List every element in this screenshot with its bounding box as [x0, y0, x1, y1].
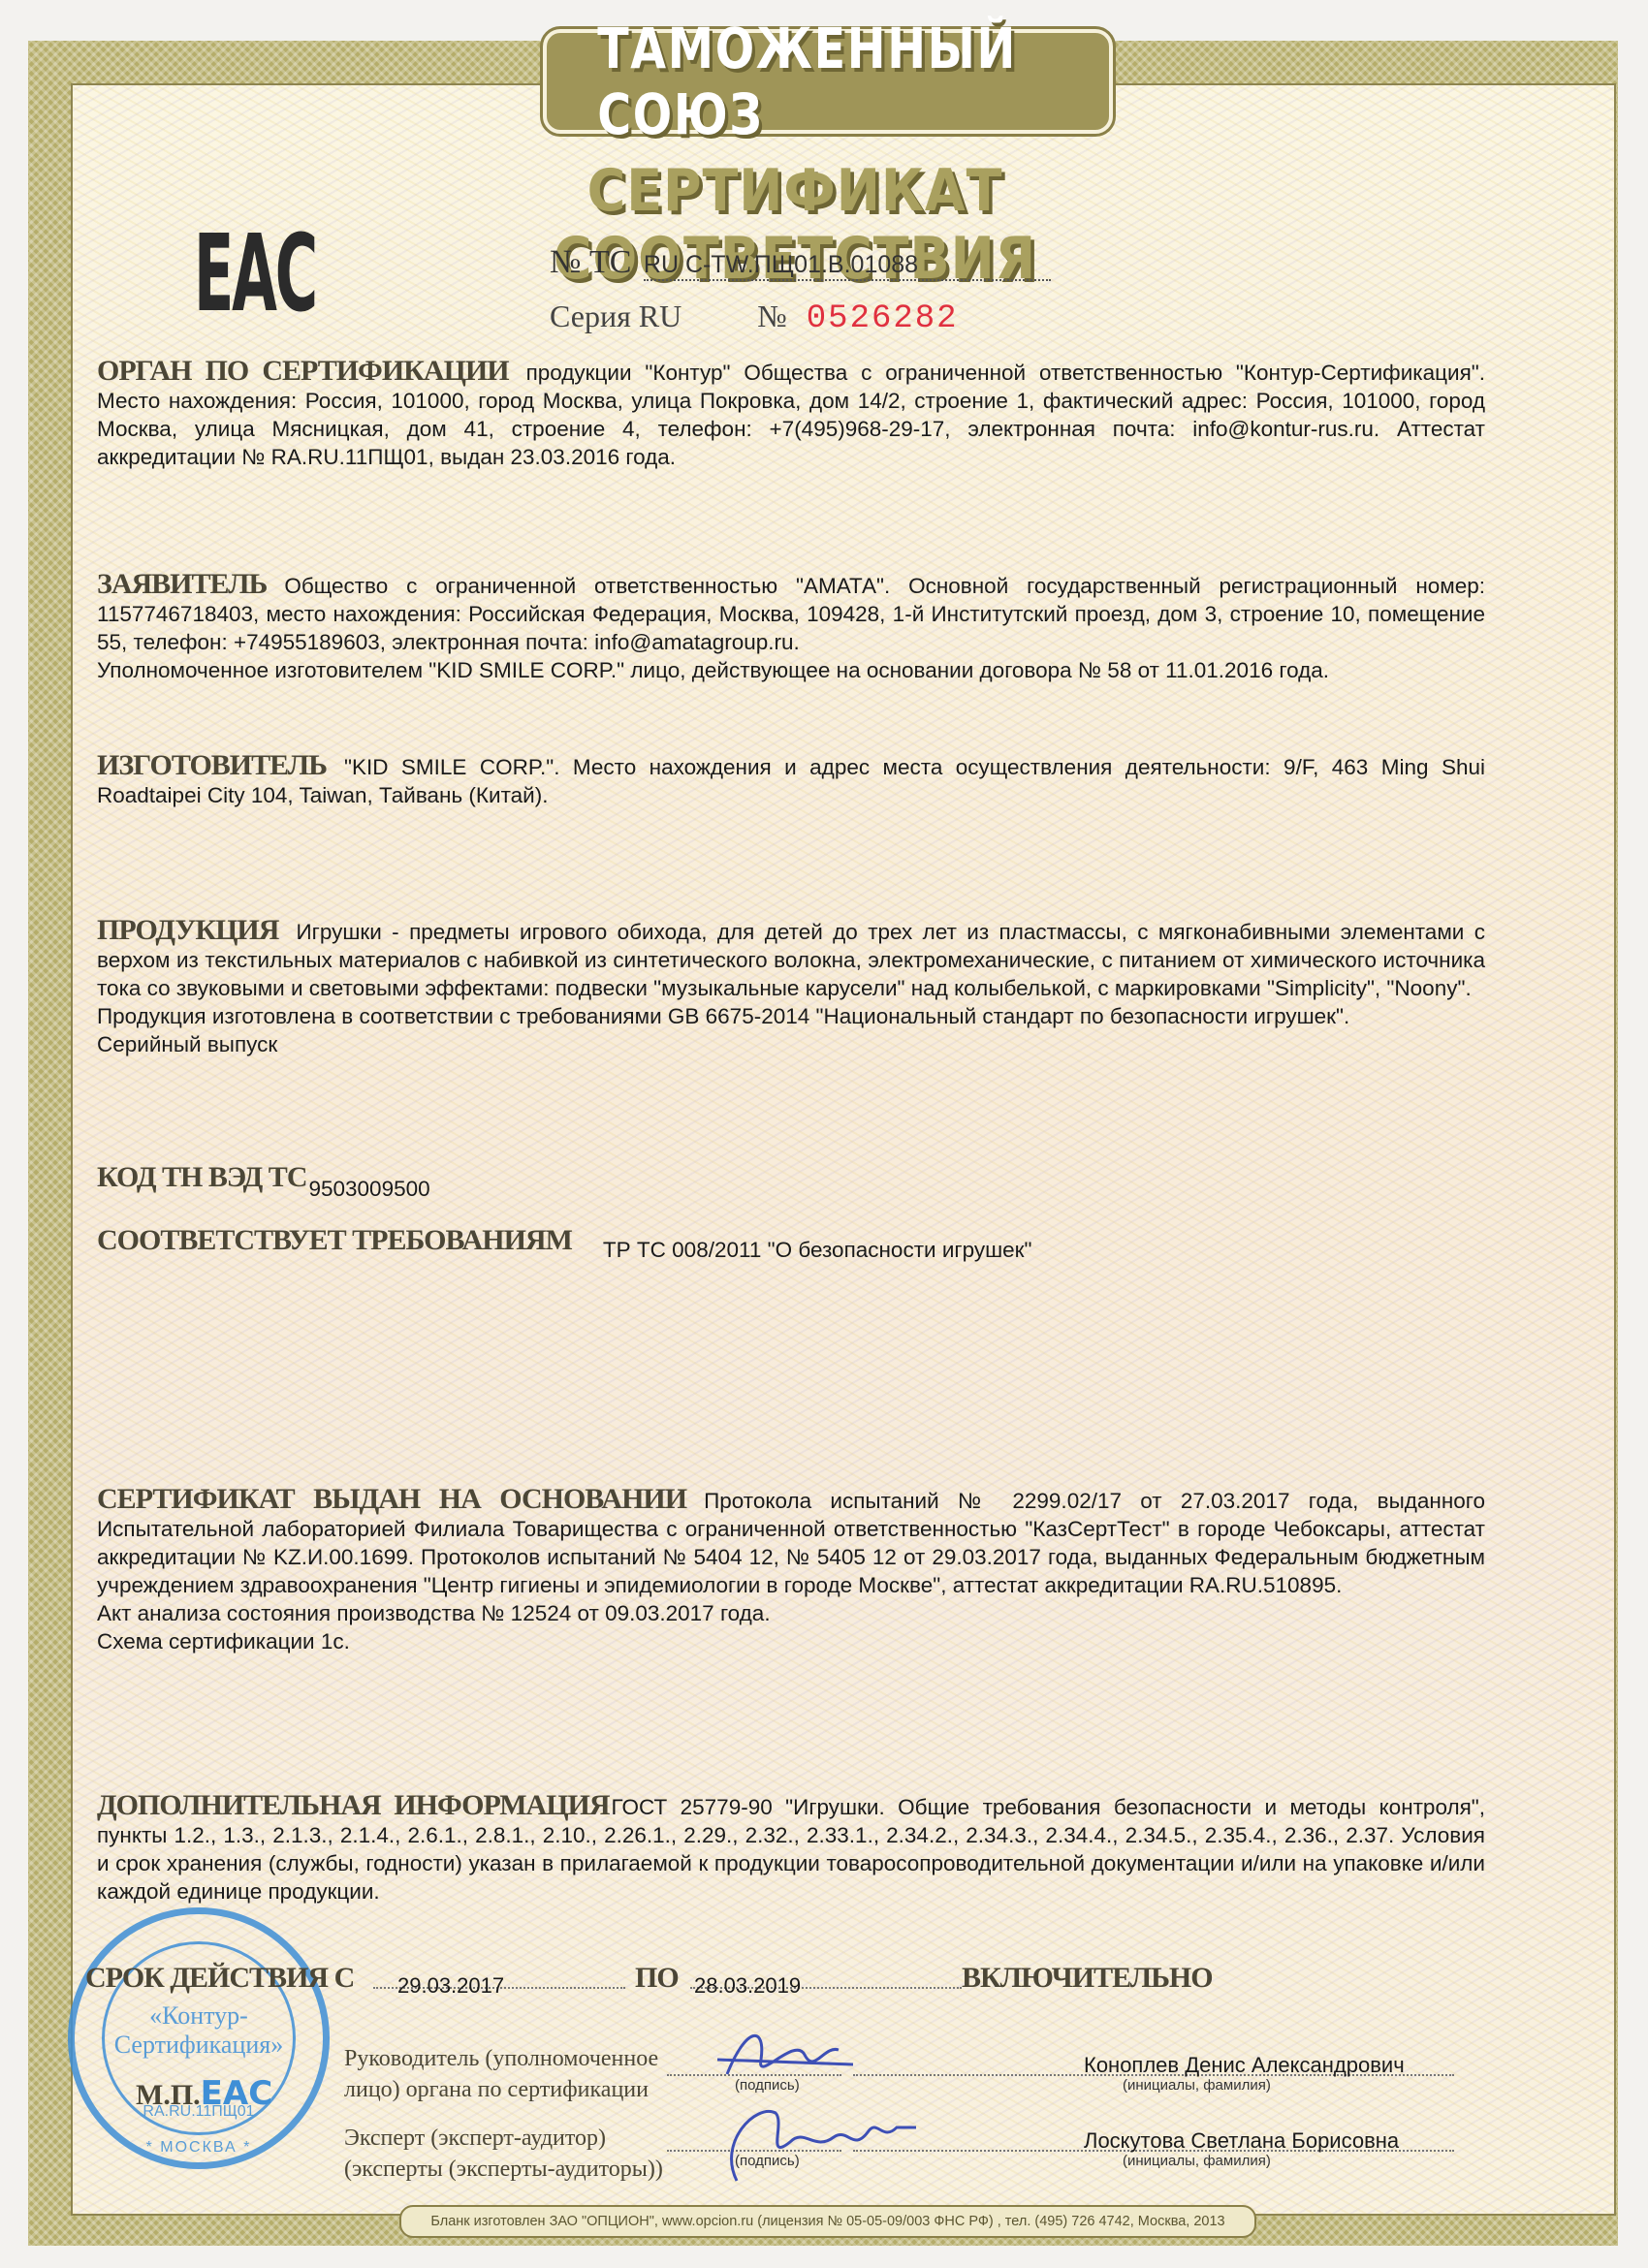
customs-union-title: ТАМОЖЕННЫЙ СОЮЗ: [597, 16, 1059, 147]
seal-place: М.П.ЕАС: [136, 2074, 272, 2113]
name-caption: (инициалы, фамилия): [1123, 2153, 1271, 2169]
section-label: ПРОДУКЦИЯ: [97, 914, 278, 946]
head-name: Коноплев Денис Александрович: [1084, 2053, 1405, 2078]
validity-from-date: 29.03.2017: [397, 1973, 504, 1999]
name-caption: (инициалы, фамилия): [1123, 2077, 1271, 2094]
section-text-2: Акт анализа состояния производства № 125…: [97, 1599, 1485, 1627]
section-text-2: Продукция изготовлена в соответствии с т…: [97, 1002, 1485, 1030]
series-value: RU: [639, 299, 681, 333]
serial-prefix: №: [757, 299, 787, 333]
section-additional: ДОПОЛНИТЕЛЬНАЯ ИНФОРМАЦИЯГОСТ 25779-90 "…: [97, 1791, 1485, 1906]
certificate-number: № ТС RU C-TW.ПЩ01.В.01088: [550, 244, 1051, 281]
section-certification-body: ОРГАН ПО СЕРТИФИКАЦИИпродукции "Контур" …: [97, 357, 1485, 471]
section-label: ИЗГОТОВИТЕЛЬ: [97, 749, 327, 781]
expert-label: Эксперт (эксперт-аудитор) (эксперты (экс…: [344, 2123, 663, 2185]
section-manufacturer: ИЗГОТОВИТЕЛЬ"KID SMILE CORP.". Место нах…: [97, 751, 1485, 809]
section-complies: СООТВЕТСТВУЕТ ТРЕБОВАНИЯМТР ТС 008/2011 …: [97, 1226, 1485, 1256]
expert-name: Лоскутова Светлана Борисовна: [1084, 2128, 1399, 2154]
section-label: ОРГАН ПО СЕРТИФИКАЦИИ: [97, 355, 509, 387]
stamp-center-text: «Контур- Сертификация»: [75, 2001, 323, 2060]
section-applicant: ЗАЯВИТЕЛЬОбщество с ограниченной ответст…: [97, 570, 1485, 684]
section-label: КОД ТН ВЭД ТС: [97, 1161, 306, 1193]
section-text-3: Серийный выпуск: [97, 1030, 1485, 1058]
section-product: ПРОДУКЦИЯИгрушки - предметы игрового оби…: [97, 916, 1485, 1058]
number-label: № ТС: [550, 244, 631, 280]
eac-logo-icon: ЕАС: [194, 211, 316, 335]
head-label: Руководитель (уполномоченное лицо) орган…: [344, 2043, 658, 2105]
expert-signature-icon: [698, 2084, 931, 2190]
certification-stamp: «Контур- Сертификация» RA.RU.11ПЩ01 * МО…: [68, 1907, 330, 2169]
section-tnved: КОД ТН ВЭД ТС9503009500: [97, 1163, 1485, 1193]
section-label: ДОПОЛНИТЕЛЬНАЯ ИНФОРМАЦИЯ: [97, 1789, 610, 1821]
tnved-code: 9503009500: [308, 1177, 429, 1201]
stamp-city: * МОСКВА *: [75, 2139, 323, 2157]
validity-to-date: 28.03.2019: [694, 1973, 801, 1999]
head-signature-icon: [708, 2016, 863, 2094]
stamp-eac-icon: ЕАС: [201, 2074, 273, 2113]
serial-number: 0526282: [807, 300, 959, 337]
number-value: RU C-TW.ПЩ01.В.01088: [644, 251, 1051, 281]
validity-from-label: СРОК ДЕЙСТВИЯ С: [85, 1962, 354, 1994]
validity-row: СРОК ДЕЙСТВИЯ С: [85, 1962, 371, 1995]
series-line: Серия RU № 0526282: [550, 299, 959, 337]
validity-inclusive-label: ВКЛЮЧИТЕЛЬНО: [962, 1962, 1213, 1994]
section-label: СЕРТИФИКАТ ВЫДАН НА ОСНОВАНИИ: [97, 1483, 686, 1515]
section-text: Общество с ограниченной ответственностью…: [97, 574, 1485, 654]
section-text-3: Схема сертификации 1с.: [97, 1627, 1485, 1655]
section-text-2: Уполномоченное изготовителем "KID SMILE …: [97, 656, 1485, 684]
section-basis: СЕРТИФИКАТ ВЫДАН НА ОСНОВАНИИПротокола и…: [97, 1485, 1485, 1655]
form-footer: Бланк изготовлен ЗАО "ОПЦИОН", www.opcio…: [399, 2205, 1256, 2238]
validity-to-label: ПО: [635, 1962, 679, 1994]
customs-union-plaque: ТАМОЖЕННЫЙ СОЮЗ: [543, 29, 1113, 134]
section-text: Игрушки - предметы игрового обихода, для…: [97, 920, 1485, 1000]
section-label: ЗАЯВИТЕЛЬ: [97, 568, 267, 600]
series-label: Серия: [550, 299, 631, 333]
section-label: СООТВЕТСТВУЕТ ТРЕБОВАНИЯМ: [97, 1224, 572, 1256]
regulation-value: ТР ТС 008/2011 "О безопасности игрушек": [603, 1238, 1032, 1262]
